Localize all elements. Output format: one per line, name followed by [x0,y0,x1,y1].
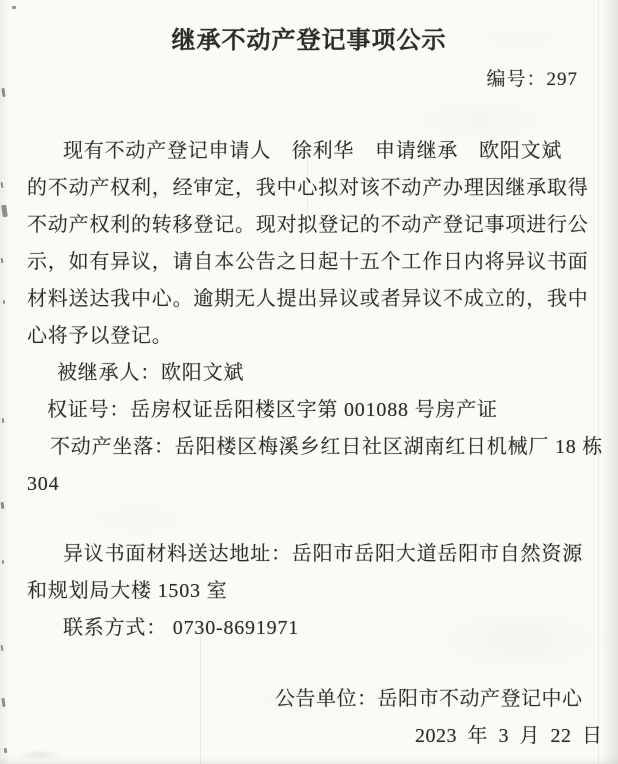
paragraph-line: 材料送达我中心。逾期无人提出异议或者异议不成立的，我中 [27,281,590,318]
contact-line: 联系方式： 0730-8691971 [27,610,590,647]
paragraph-line: 不动产权利的转移登记。现对拟登记的不动产登记事项进行公 [27,207,590,244]
objection-address-line: 异议书面材料送达地址：岳阳市岳阳大道岳阳市自然资源 [27,536,590,573]
doc-number: 编号：297 [0,68,618,92]
paragraph-line: 现有不动产登记申请人 徐利华 申请继承 欧阳文斌 [27,133,590,170]
decedent-line: 被继承人：欧阳文斌 [27,355,590,392]
scanned-notice-document: 继承不动产登记事项公示 编号：297 现有不动产登记申请人 徐利华 申请继承 欧… [0,0,618,764]
page-title: 继承不动产登记事项公示 [0,0,618,56]
certificate-line: 权证号：岳房权证岳阳楼区字第 001088 号房产证 [27,392,590,429]
scan-edge-shading-bottom [0,756,618,764]
paragraph-line: 心将予以登记。 [27,318,590,355]
objection-address-line-continued: 和规划局大楼 1503 室 [27,573,590,610]
paragraph-line: 的不动产权利，经审定，我中心拟对该不动产办理因继承取得 [27,170,590,207]
location-line: 不动产坐落：岳阳楼区梅溪乡红日社区湖南红日机械厂 18 栋 [27,429,590,466]
date-line: 2023 年 3 月 22 日 [27,718,590,755]
paragraph-line: 示，如有异议，请自本公告之日起十五个工作日内将异议书面 [27,244,590,281]
notice-body: 现有不动产登记申请人 徐利华 申请继承 欧阳文斌 的不动产权利，经审定，我中心拟… [0,133,618,755]
issuer-line: 公告单位：岳阳市不动产登记中心 [27,681,590,718]
location-line-continued: 304 [27,466,590,503]
